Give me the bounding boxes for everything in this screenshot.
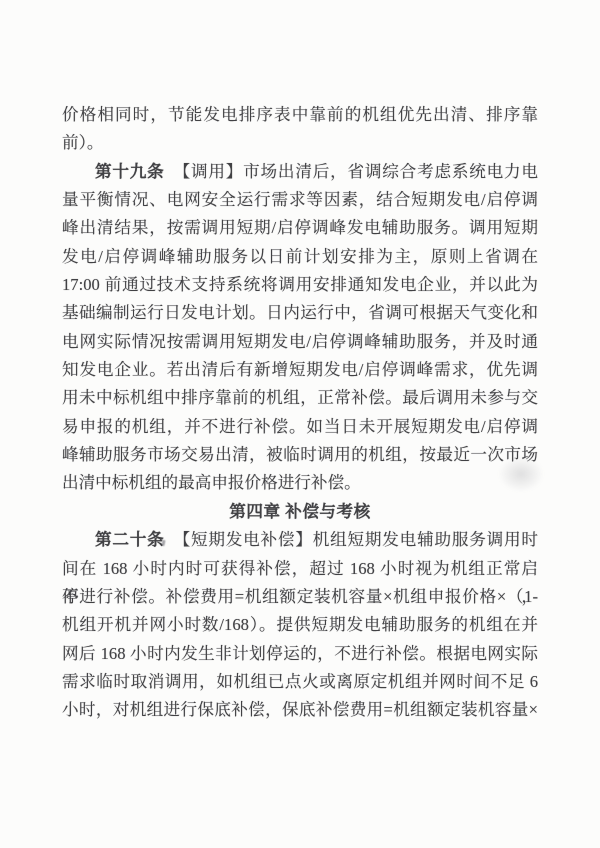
body-line: 量平衡情况、电网安全运行需求等因素，结合短期发电/启停调	[62, 186, 538, 214]
body-line: 机组开机并网小时数/168）。提供短期发电辅助服务的机组在并	[62, 611, 538, 639]
article-number: 第十九条	[95, 162, 165, 181]
body-line: 前）。	[62, 129, 538, 157]
body-line: 峰出清结果，按需调用短期/启停调峰发电辅助服务。调用短期	[62, 214, 538, 242]
chapter-heading: 第四章 补偿与考核	[62, 498, 538, 526]
body-line: 发电/启停调峰辅助服务以日前计划安排为主，原则上省调在	[62, 243, 538, 271]
body-line: 用未中标机组中排序靠前的机组，正常补偿。最后调用未参与交	[62, 384, 538, 412]
body-line: 价格相同时，节能发电排序表中靠前的机组优先出清、排序靠	[62, 101, 538, 129]
body-line: 出清中标机组的最高申报价格进行补偿。	[62, 469, 538, 497]
body-line: 需求临时取消调用，如机组已点火或离原定机组并网时间不足 6	[62, 668, 538, 696]
body-line: 间在 168 小时内时可获得补偿，超过 168 小时视为机组正常启停，	[62, 555, 538, 583]
body-line: 不进行补偿。补偿费用=机组额定装机容量×机组申报价格×（1-	[62, 583, 538, 611]
body-line: 17:00 前通过技术支持系统将调用安排通知发电企业，并以此为	[62, 271, 538, 299]
body-line: 峰辅助服务市场交易出清，被临时调用的机组，按最近一次市场	[62, 441, 538, 469]
article-number: 第二十条	[95, 530, 165, 549]
document-text-block: 价格相同时，节能发电排序表中靠前的机组优先出清、排序靠 前）。 第十九条【调用】…	[62, 101, 538, 725]
body-line: 第二十条【短期发电补偿】机组短期发电辅助服务调用时	[62, 526, 538, 554]
body-line: 小时，对机组进行保底补偿，保底补偿费用=机组额定装机容量×	[62, 696, 538, 724]
body-line: 基础编制运行日发电计划。日内运行中，省调可根据天气变化和	[62, 299, 538, 327]
body-line: 电网实际情况按需调用短期发电/启停调峰辅助服务，并及时通	[62, 328, 538, 356]
scan-smudge-artifact	[498, 456, 544, 492]
body-line-text: 【短期发电补偿】机组短期发电辅助服务调用时	[174, 530, 538, 549]
scanned-document-page: 价格相同时，节能发电排序表中靠前的机组优先出清、排序靠 前）。 第十九条【调用】…	[0, 0, 600, 848]
body-line-text: 【调用】市场出清后，省调综合考虑系统电力电	[174, 162, 538, 181]
body-line: 第十九条【调用】市场出清后，省调综合考虑系统电力电	[62, 158, 538, 186]
body-line: 网后 168 小时内发生非计划停运的，不进行补偿。根据电网实际	[62, 640, 538, 668]
body-line: 易申报的机组，并不进行补偿。如当日未开展短期发电/启停调	[62, 413, 538, 441]
body-line: 知发电企业。若出清后有新增短期发电/启停调峰需求，优先调	[62, 356, 538, 384]
